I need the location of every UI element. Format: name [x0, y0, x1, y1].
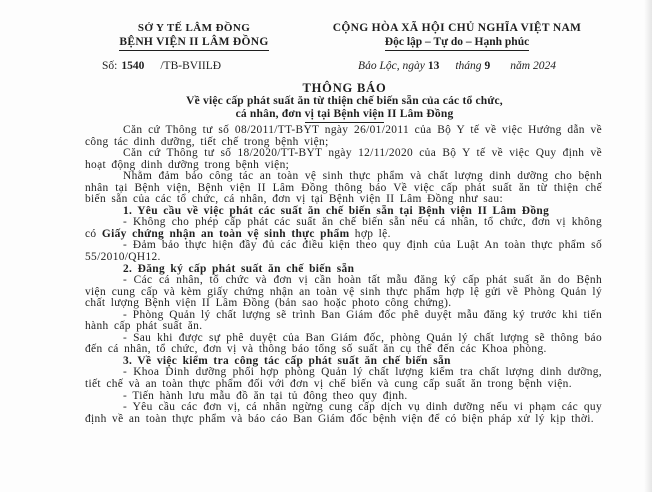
subtitle-2-underlined: vị tại Bệnh viện — [305, 108, 385, 123]
date-year: năm 2024 — [510, 60, 556, 72]
document-title-block: THÔNG BÁO Về việc cấp phát suất ăn từ th… — [85, 81, 604, 123]
parent-agency-name: SỞ Y TẾ LÂM ĐỒNG — [78, 21, 310, 35]
place-date-line: Bảo Lộc, ngày13tháng9năm 2024 — [296, 60, 618, 72]
subtitle-2-pre: cá nhân, đơn — [236, 108, 305, 120]
bullet-1-1-post: hợp lệ. — [349, 228, 390, 240]
document-subtitle-line-2: cá nhân, đơn vị tại Bệnh viện II Lâm Đồn… — [85, 108, 604, 123]
bullet-quality-dept-approval: - Phòng Quản lý chất lượng sẽ trình Ban … — [85, 310, 602, 333]
issuing-org-block: SỞ Y TẾ LÂM ĐỒNG BỆNH VIỆN II LÂM ĐỒNG — [78, 21, 310, 51]
document-number-value: 1540 — [121, 60, 144, 72]
paragraph-citation-circular-08: Căn cứ Thông tư số 08/2011/TT-BYT ngày 2… — [85, 125, 602, 148]
national-header-block: CỘNG HÒA XÃ HỘI CHỦ NGHĨA VIỆT NAM Độc l… — [296, 21, 618, 51]
scan-edge-shadow — [644, 0, 652, 492]
national-motto-text: Độc lập – Tự do – Hạnh phúc — [385, 35, 529, 51]
document-number-suffix: /TB-BVIILĐ — [160, 60, 221, 72]
bullet-nutrition-dept-inspection: - Khoa Dinh dưỡng phối hợp phòng Quản lý… — [85, 367, 602, 390]
document-subtitle-line-1: Về việc cấp phát suất ăn từ thiện chế bi… — [85, 95, 604, 108]
subtitle-2-post: II Lâm Đồng — [384, 108, 453, 120]
document-body: Căn cứ Thông tư số 08/2011/TT-BYT ngày 2… — [85, 125, 602, 425]
document-title: THÔNG BÁO — [85, 81, 604, 95]
hospital-name-text: BỆNH VIỆN II LÂM ĐỒNG — [119, 35, 268, 51]
date-day-value: 13 — [428, 60, 440, 72]
bullet-food-safety-law: - Đảm bảo thực hiện đầy đủ các điều kiện… — [85, 240, 602, 263]
national-motto: Độc lập – Tự do – Hạnh phúc — [296, 35, 618, 51]
date-place: Bảo Lộc, ngày — [358, 60, 425, 72]
paragraph-citation-circular-18: Căn cứ Thông tư số 18/2020/TT-BYT ngày 1… — [85, 148, 602, 171]
bullet-stop-service-on-violation: - Yêu cầu các đơn vị, cá nhân ngừng cung… — [85, 402, 602, 425]
bullet-1-1-bold-certificate: Giấy chứng nhận an toàn vệ sinh thực phẩ… — [102, 228, 350, 240]
hospital-name: BỆNH VIỆN II LÂM ĐỒNG — [78, 35, 310, 51]
document-number-line: Số:1540/TB-BVIILĐ — [102, 60, 221, 72]
national-title: CỘNG HÒA XÃ HỘI CHỦ NGHĨA VIỆT NAM — [296, 21, 618, 35]
paragraph-purpose: Nhằm đảm bảo công tác an toàn vệ sinh th… — [85, 171, 602, 206]
bullet-no-certificate-no-distribution: - Không cho phép cấp phát các suất ăn ch… — [85, 217, 602, 240]
scanned-document-page: SỞ Y TẾ LÂM ĐỒNG BỆNH VIỆN II LÂM ĐỒNG C… — [0, 0, 652, 492]
bullet-registration-form: - Các cá nhân, tổ chức và đơn vị cần hoà… — [85, 275, 602, 310]
bullet-notify-departments: - Sau khi được sự phê duyệt của Ban Giám… — [85, 333, 602, 356]
document-number-label: Số: — [102, 60, 117, 72]
date-month-value: 9 — [485, 60, 491, 72]
date-month-label: tháng — [455, 60, 481, 72]
